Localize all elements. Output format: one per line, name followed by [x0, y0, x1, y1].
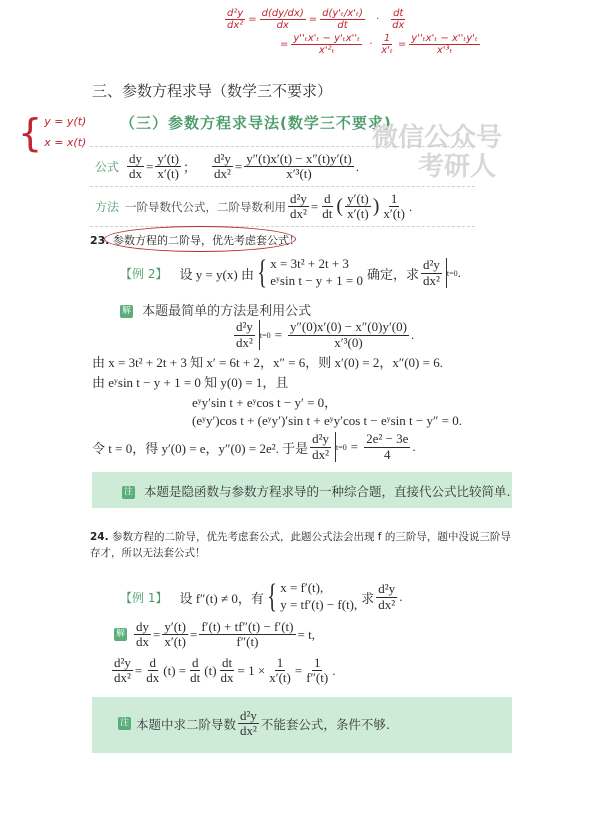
example-2-line-3: eʸy′sin t + eʸcos t − y′ = 0，	[192, 392, 337, 411]
brace-icon: {	[257, 256, 267, 290]
note-badge-icon: 注	[118, 717, 131, 730]
hw-step1: d(dy/dx)dx	[260, 8, 306, 31]
example-2-result: 令 t = 0，得 y′(0) = e，y″(0) = 2e². 于是 d²yd…	[92, 432, 416, 462]
example-2-formula: d²ydx² t=0 = y″(0)x′(0) − x″(0)y′(0)x′³(…	[232, 320, 414, 350]
brace-icon: {	[267, 580, 277, 614]
example-1-statement: 【例 1】 设 f″(t) ≠ 0，有 { x = f′(t), y = tf′…	[120, 580, 402, 614]
method-row: 方法 一阶导数代公式，二阶导数利用 d²ydx² = ddt ( y′(t)x′…	[95, 192, 412, 222]
hw-brace-icon: {	[18, 114, 42, 152]
example-1-note-box: 注 本题中求二阶导数 d²ydx² 不能套公式，条件不够.	[92, 697, 512, 753]
note-badge-icon: 注	[122, 486, 135, 499]
hw-step2: d(y'ₜ/x'ₜ)dt	[320, 8, 365, 31]
example-2-statement: 【例 2】 设 y = y(x) 由 { x = 3t² + 2t + 3 eʸ…	[120, 256, 461, 290]
red-circle-annotation	[104, 226, 296, 252]
section-heading: 三、参数方程求导（数学三不要求）	[92, 80, 332, 101]
example-2-line-2: 由 eʸsin t − y + 1 = 0 知 y(0) = 1，且	[92, 372, 288, 391]
hw-line2-c: y''ₜx'ₜ − x''ₜy'ₜx'³ₜ	[409, 33, 480, 56]
solution-intro: 解 本题最简单的方法是利用公式	[120, 300, 311, 319]
example-1-solution-line-2: d²ydx² = ddx(t) = ddt(t) dtdx = 1 × 1x′(…	[110, 656, 335, 686]
example-2-note-box: 注 本题是隐函数与参数方程求导的一种综合题，直接代公式比较简单.	[92, 472, 512, 508]
hw-lhs: d²ydx²	[225, 8, 245, 31]
divider-bottom	[90, 226, 475, 227]
note-24: 24. 参数方程的二阶导，优先考虑套公式，此题公式法会出现 f 的三阶导，题中没…	[90, 530, 520, 562]
formula-row: 公式 dydx = y′(t)x′(t) ； d²ydx² = y″(t)x′(…	[95, 152, 359, 182]
example-1-solution-line-1: 解 dydx = y′(t)x′(t) = f′(t) + tf″(t) − f…	[114, 620, 315, 650]
book-section-title: （三）参数方程求导法(数学三不要求)	[120, 112, 392, 133]
handwritten-line-2: = y''ₜx'ₜ − y'ₜx''ₜx'²ₜ · 1x'ₜ = y''ₜx'ₜ…	[280, 33, 483, 56]
solution-badge-icon: 解	[120, 305, 133, 318]
handwritten-parametric: { y = y(t) x = x(t)	[18, 112, 86, 154]
watermark-2: 考研人	[418, 146, 496, 183]
divider-top	[90, 146, 475, 147]
hw-line2-a: y''ₜx'ₜ − y'ₜx''ₜx'²ₜ	[291, 33, 362, 56]
handwritten-line-1: d²ydx² = d(dy/dx)dx = d(y'ₜ/x'ₜ)dt · dtd…	[222, 8, 483, 31]
solution-badge-icon: 解	[114, 628, 127, 641]
method-label: 方法	[95, 198, 119, 215]
divider-mid	[90, 186, 475, 187]
example-2-line-4: (eʸy′)cos t + (eʸy′)′sin t + eʸy′cos t −…	[192, 413, 462, 429]
hw-step2-mult: dtdx	[390, 8, 406, 31]
example-2-line-1: 由 x = 3t² + 2t + 3 知 x′ = 6t + 2，x″ = 6，…	[92, 352, 443, 371]
formula-label: 公式	[95, 158, 119, 175]
hw-line2-b: 1x'ₜ	[379, 33, 395, 56]
handwritten-derivation: d²ydx² = d(dy/dx)dx = d(y'ₜ/x'ₜ)dt · dtd…	[222, 8, 483, 56]
